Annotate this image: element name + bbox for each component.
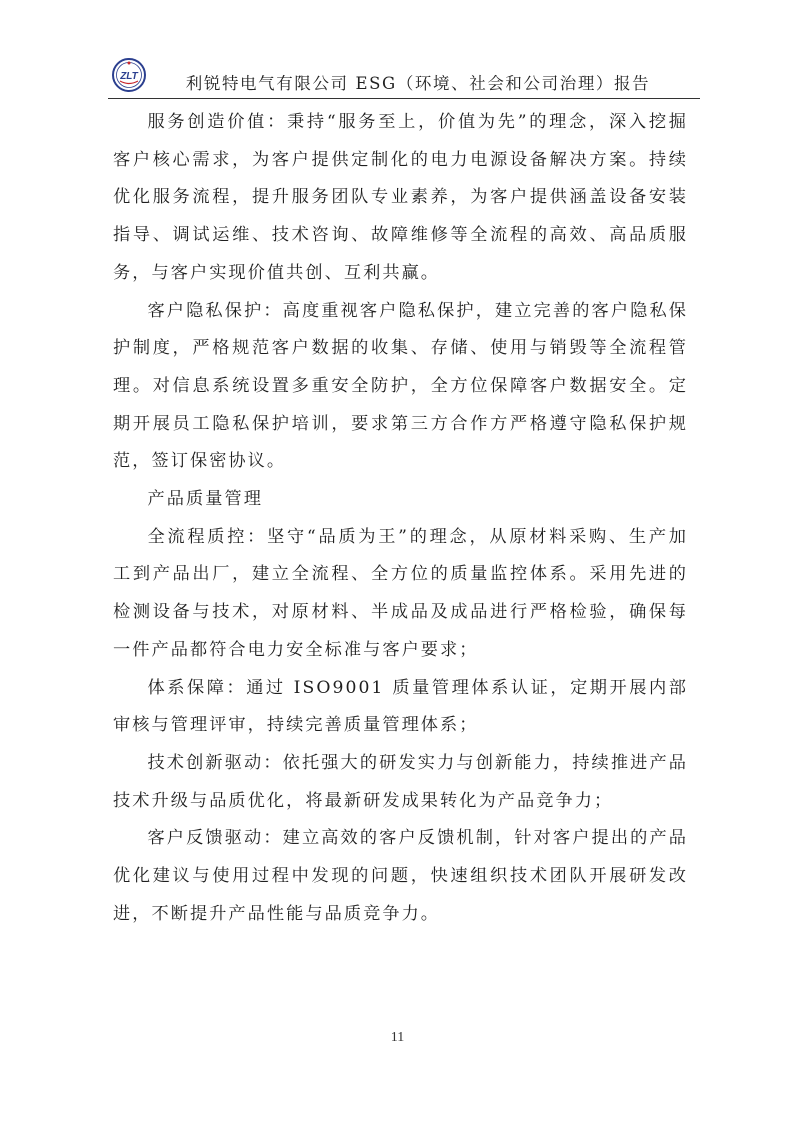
paragraph-customer-feedback: 客户反馈驱动：建立高效的客户反馈机制，针对客户提出的产品优化建议与使用过程中发现… — [113, 820, 688, 933]
paragraph-tech-innovation: 技术创新驱动：依托强大的研发实力与创新能力，持续推进产品技术升级与品质优化，将最… — [113, 745, 688, 820]
paragraph-service-value: 服务创造价值：秉持“服务至上，价值为先”的理念，深入挖掘客户核心需求，为客户提供… — [113, 104, 688, 293]
paragraph-full-process-qc: 全流程质控：坚守“品质为王”的理念，从原材料采购、生产加工到产品出厂，建立全流程… — [113, 519, 688, 670]
header-title: 利锐特电气有限公司 ESG（环境、社会和公司治理）报告 — [108, 70, 698, 94]
header-divider — [108, 98, 700, 99]
section-heading-quality: 产品质量管理 — [113, 481, 688, 519]
page-header: ZLT 利锐特电气有限公司 ESG（环境、社会和公司治理）报告 — [108, 56, 698, 98]
page-number: 11 — [0, 1030, 795, 1046]
paragraph-system-assurance: 体系保障：通过 ISO9001 质量管理体系认证，定期开展内部审核与管理评审，持… — [113, 670, 688, 745]
paragraph-customer-privacy: 客户隐私保护：高度重视客户隐私保护，建立完善的客户隐私保护制度，严格规范客户数据… — [113, 293, 688, 482]
document-body: 服务创造价值：秉持“服务至上，价值为先”的理念，深入挖掘客户核心需求，为客户提供… — [113, 104, 688, 933]
